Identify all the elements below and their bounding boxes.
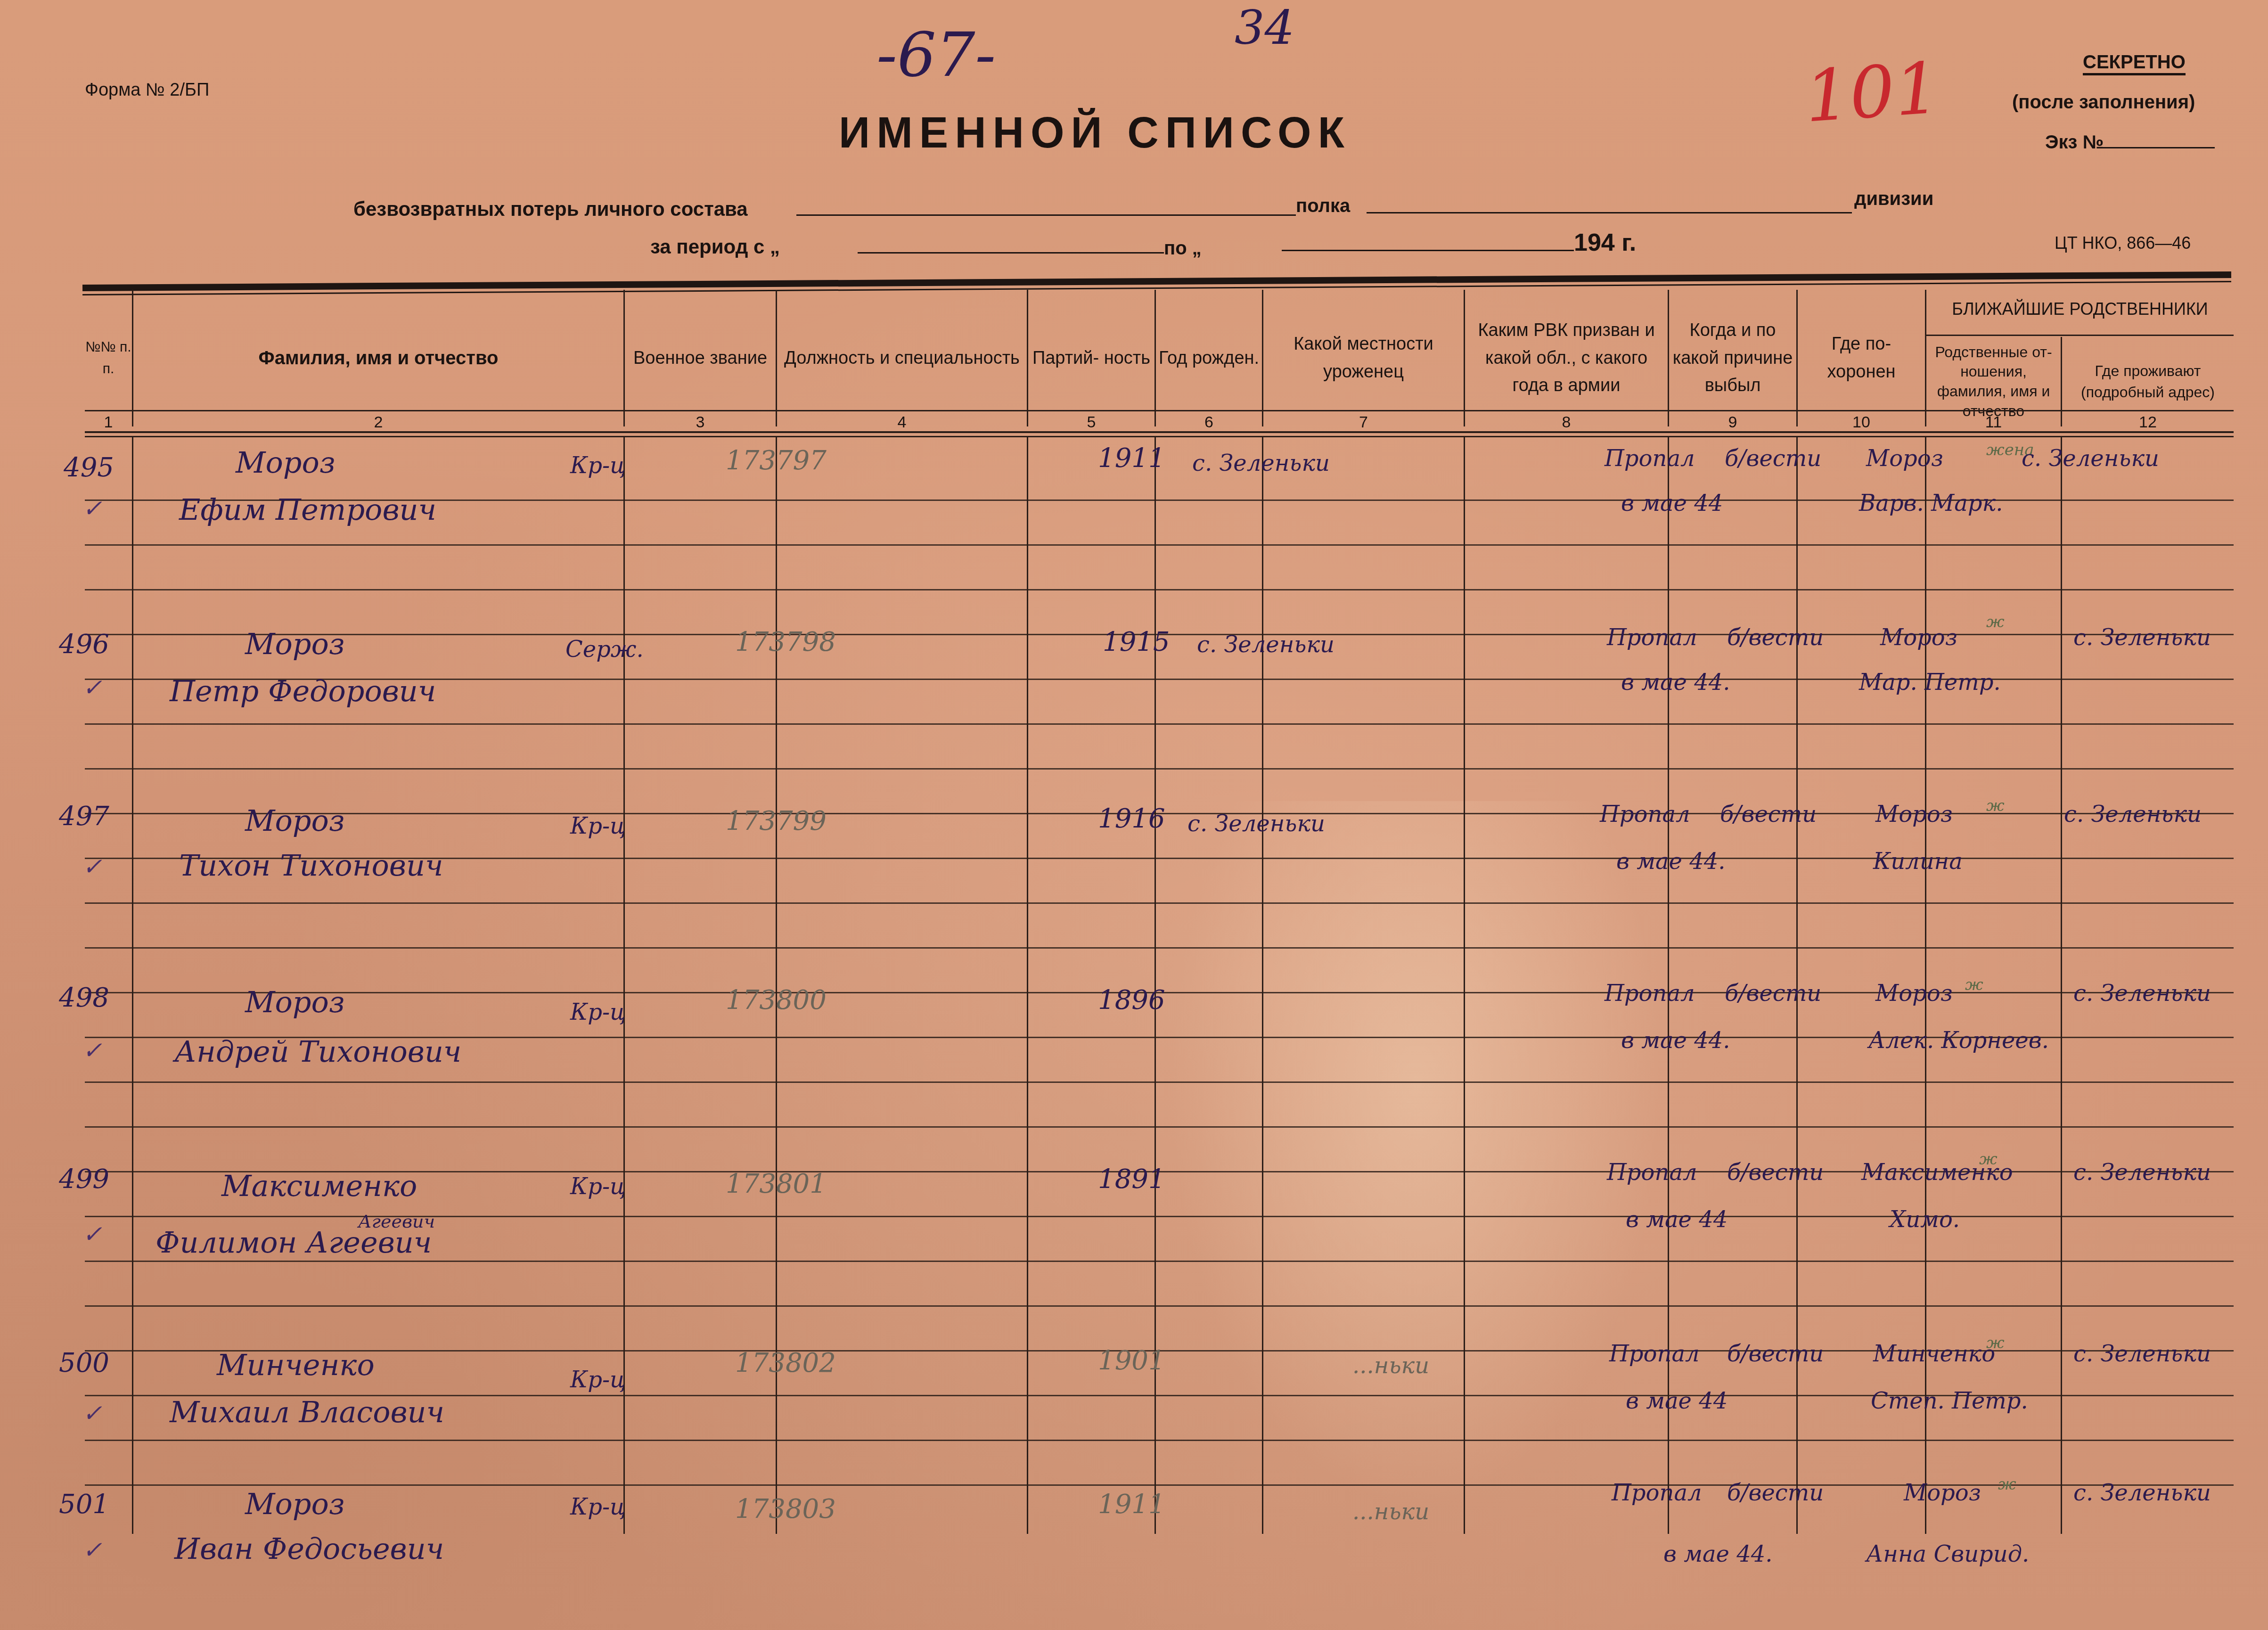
ruled-line xyxy=(85,723,2234,725)
surname: Мороз xyxy=(245,1487,345,1521)
surname: Минченко xyxy=(217,1348,375,1382)
native-place: ...ньки xyxy=(1352,1499,1429,1525)
reason-line-1: Пропал xyxy=(1605,980,1695,1007)
col-header-5: Партий- ность xyxy=(1028,290,1156,426)
row-number: 500 xyxy=(59,1348,109,1378)
reason-line-2: в мае 44 xyxy=(1626,1206,1728,1233)
birth-year: 1916 xyxy=(1098,803,1165,834)
ruled-line xyxy=(85,947,2234,949)
reason-line-1: Пропал xyxy=(1612,1480,1702,1506)
address: с. Зеленьки xyxy=(2073,1480,2211,1506)
ruled-line xyxy=(85,589,2234,590)
col-divider xyxy=(1262,436,1263,1534)
archive-page-number-pencil: -67- xyxy=(876,19,996,90)
relative-surname: Мороз xyxy=(1875,980,1953,1007)
col-header-9: Когда и по какой причине выбыл xyxy=(1669,290,1798,426)
surname: Максименко xyxy=(221,1169,417,1203)
relative-names: Алек. Корнеев. xyxy=(1868,1027,2049,1054)
burial: б/вести xyxy=(1727,1159,1824,1186)
col-header-2: Фамилия, имя и отчество xyxy=(133,290,625,426)
burial: б/вести xyxy=(1727,1480,1824,1506)
document-title: ИМЕННОЙ СПИСОК xyxy=(839,108,1351,158)
ruled-line xyxy=(85,1261,2234,1262)
relative-names: Химо. xyxy=(1890,1206,1960,1233)
copy-number-field xyxy=(2097,147,2215,148)
given-names: Андрей Тихонович xyxy=(174,1034,461,1069)
native-place: с. Зеленьки xyxy=(1192,450,1330,476)
relative-names: Килина xyxy=(1873,848,1963,875)
col-divider xyxy=(1027,436,1028,1534)
relatives-group-header: БЛИЖАЙШИЕ РОДСТВЕННИКИ xyxy=(1926,299,2234,319)
row-number: 497 xyxy=(59,801,109,832)
col-num-3: 3 xyxy=(625,413,776,432)
red-pencil-number: 101 xyxy=(1802,47,1942,139)
relation: ж xyxy=(1965,975,1983,994)
relative-names: Варв. Марк. xyxy=(1859,490,2003,516)
col-num-5: 5 xyxy=(1028,413,1154,432)
position-number: 173797 xyxy=(726,445,827,476)
ruled-line xyxy=(85,1305,2234,1307)
relative-surname: Минченко xyxy=(1873,1341,1995,1367)
rank: Кр-ц xyxy=(570,1367,626,1393)
given-names: Михаил Власович xyxy=(170,1395,444,1429)
col-divider xyxy=(2061,436,2062,1534)
rank: Кр-ц xyxy=(570,999,626,1025)
reason-line-2: в мае 44 xyxy=(1621,490,1723,516)
rank: Серж. xyxy=(565,636,644,663)
row-number: 498 xyxy=(59,983,109,1013)
col-header-4: Должность и специальность xyxy=(777,290,1028,426)
relative-surname: Мороз xyxy=(1875,801,1953,827)
birth-year: 1911 xyxy=(1098,443,1165,474)
relative-surname: Мороз xyxy=(1880,624,1957,651)
col-divider xyxy=(1464,436,1465,1534)
check-mark-icon: ✓ xyxy=(82,853,102,880)
col-header-6: Год рожден. xyxy=(1156,290,1263,426)
rank: Кр-ц xyxy=(570,1494,626,1520)
form-number: Форма № 2/БП xyxy=(85,80,209,100)
birth-year: 1901 xyxy=(1098,1345,1165,1376)
col-num-2: 2 xyxy=(133,413,623,432)
address: с. Зеленьки xyxy=(2073,1341,2211,1367)
position-number: 173802 xyxy=(735,1348,836,1378)
surname: Мороз xyxy=(245,803,345,838)
col-header-7: Какой местности уроженец xyxy=(1263,290,1465,426)
given-names: Филимон Агеевич xyxy=(156,1225,432,1260)
ruled-line xyxy=(85,544,2234,546)
copy-number-label: Экз № xyxy=(2045,132,2104,153)
reason-line-2: в мае 44. xyxy=(1663,1541,1773,1567)
address: с. Зеленьки xyxy=(2022,445,2159,472)
address: с. Зеленьки xyxy=(2064,801,2202,827)
address: с. Зеленьки xyxy=(2073,624,2211,651)
col-num-10: 10 xyxy=(1798,413,1925,432)
rank: Кр-ц xyxy=(570,452,626,479)
rank: Кр-ц xyxy=(570,813,626,839)
position-number: 173801 xyxy=(726,1169,827,1199)
col-num-4: 4 xyxy=(777,413,1027,432)
period-to-label: по „ xyxy=(1164,238,1202,259)
birth-year: 1891 xyxy=(1098,1164,1165,1195)
ruled-line xyxy=(85,1126,2234,1128)
row-number: 496 xyxy=(59,629,109,660)
header-bottom-rule xyxy=(85,410,2234,411)
check-mark-icon: ✓ xyxy=(82,1220,102,1248)
relative-names: Степ. Петр. xyxy=(1871,1388,2028,1414)
relative-names: Мар. Петр. xyxy=(1859,669,2001,696)
burial: б/вести xyxy=(1720,801,1817,827)
given-names: Ефим Петрович xyxy=(179,492,436,527)
reason-line-1: Пропал xyxy=(1607,1159,1697,1186)
unit-field-line xyxy=(796,214,1296,216)
reason-line-2: в мае 44 xyxy=(1626,1388,1728,1414)
col-num-7: 7 xyxy=(1263,413,1464,432)
native-place: с. Зеленьки xyxy=(1197,631,1335,658)
row-number: 495 xyxy=(64,452,114,483)
surname: Мороз xyxy=(236,445,336,480)
period-year: 194 г. xyxy=(1574,229,1636,257)
relative-surname: Мороз xyxy=(1866,445,1943,472)
given-names: Тихон Тихонович xyxy=(179,848,443,883)
period-from-field xyxy=(858,252,1164,254)
ruled-line xyxy=(85,902,2234,904)
col-header-1: №№ п. п. xyxy=(85,290,133,426)
reason-line-2: в мае 44. xyxy=(1621,1027,1730,1054)
reason-line-1: Пропал xyxy=(1600,801,1690,827)
subtitle-losses: безвозвратных потерь личного состава xyxy=(353,198,748,221)
period-to-field xyxy=(1282,250,1574,251)
col-header-10: Где по- хоронен xyxy=(1798,290,1926,426)
col-num-9: 9 xyxy=(1669,413,1796,432)
row-number: 499 xyxy=(59,1164,109,1195)
ruled-line xyxy=(85,1081,2234,1083)
col-num-1: 1 xyxy=(85,413,132,432)
position-number: 173798 xyxy=(735,627,836,657)
col-num-11: 11 xyxy=(1926,413,2061,432)
col-num-6: 6 xyxy=(1156,413,1262,432)
check-mark-icon: ✓ xyxy=(82,1536,102,1564)
native-place: ...ньки xyxy=(1352,1352,1429,1379)
check-mark-icon: ✓ xyxy=(82,495,102,522)
position-number: 173800 xyxy=(726,985,827,1016)
ruled-line xyxy=(85,768,2234,770)
reason-line-2: в мае 44. xyxy=(1621,669,1730,696)
printer-code: ЦТ НКО, 866—46 xyxy=(2055,233,2191,253)
birth-year: 1896 xyxy=(1098,985,1165,1016)
burial: б/вести xyxy=(1725,980,1821,1007)
subtitle-division: дивизии xyxy=(1854,188,1933,210)
col-num-8: 8 xyxy=(1465,413,1668,432)
burial: б/вести xyxy=(1725,445,1821,472)
check-mark-icon: ✓ xyxy=(82,1400,102,1427)
reason-line-2: в мае 44. xyxy=(1616,848,1726,875)
col-num-12: 12 xyxy=(2062,413,2234,432)
check-mark-icon: ✓ xyxy=(82,674,102,701)
relation: ж xyxy=(1998,1475,2016,1494)
given-names: Петр Федорович xyxy=(170,674,436,708)
reason-line-1: Пропал xyxy=(1605,445,1695,472)
birth-year: 1911 xyxy=(1098,1489,1165,1520)
reason-line-1: Пропал xyxy=(1609,1341,1700,1367)
relative-names: Анна Свирид. xyxy=(1866,1541,2029,1567)
col-header-3: Военное звание xyxy=(625,290,777,426)
relative-surname: Мороз xyxy=(1904,1480,1981,1506)
relation: ж xyxy=(1986,1334,2005,1352)
paper-stain xyxy=(1169,801,1663,1508)
classification-note: (после заполнения) xyxy=(2012,92,2195,113)
position-number: 173799 xyxy=(726,806,827,836)
reason-line-1: Пропал xyxy=(1607,624,1697,651)
check-mark-icon: ✓ xyxy=(82,1037,102,1064)
period-from-label: за период с „ xyxy=(650,236,780,258)
body-top-rule-2 xyxy=(85,436,2234,437)
archive-page-number-top: 34 xyxy=(1235,0,1294,55)
given-names: Иван Федосьевич xyxy=(174,1532,444,1566)
regiment-field-line xyxy=(1367,212,1852,213)
native-place: с. Зеленьки xyxy=(1187,811,1325,837)
burial: б/вести xyxy=(1727,624,1824,651)
ruled-line xyxy=(85,1440,2234,1441)
position-number: 173803 xyxy=(735,1494,836,1524)
col-header-8: Каким РВК призван и какой обл., с какого… xyxy=(1465,290,1669,426)
relation: ж xyxy=(1986,796,2005,815)
relation: ж xyxy=(1986,613,2005,631)
birth-year: 1915 xyxy=(1103,627,1170,657)
subtitle-regiment: полка xyxy=(1296,196,1350,217)
burial: б/вести xyxy=(1727,1341,1824,1367)
surname: Мороз xyxy=(245,985,345,1019)
col-divider xyxy=(132,436,133,1534)
address: с. Зеленьки xyxy=(2073,980,2211,1007)
relation: ж xyxy=(1979,1150,1998,1169)
surname: Мороз xyxy=(245,627,345,661)
row-number: 501 xyxy=(59,1489,109,1520)
classification-stamp: СЕКРЕТНО xyxy=(2083,52,2186,75)
rank: Кр-ц xyxy=(570,1173,626,1200)
body-top-rule-1 xyxy=(85,431,2234,433)
address: с. Зеленьки xyxy=(2073,1159,2211,1186)
relatives-group-rule xyxy=(1926,335,2234,336)
